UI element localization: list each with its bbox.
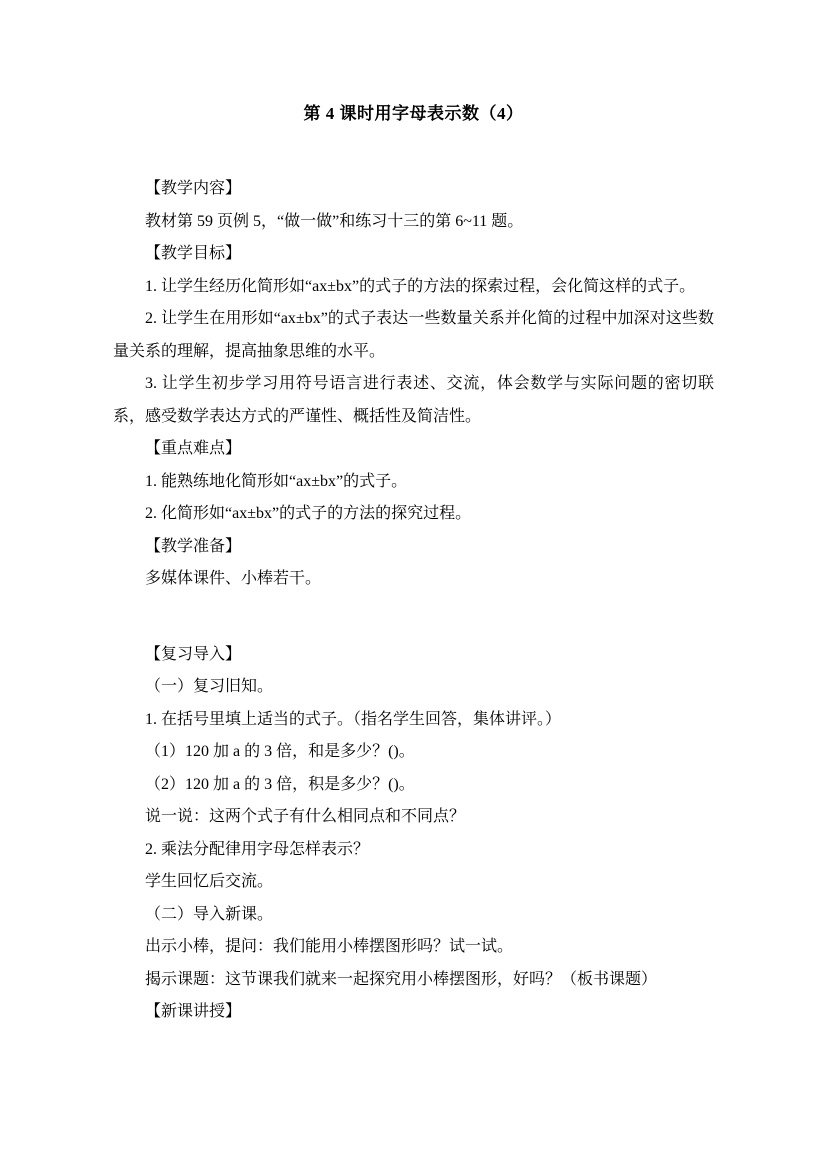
document-body: 【教学内容】 教材第 59 页例 5，“做一做”和练习十三的第 6~11 题。 …: [0, 131, 827, 1029]
para-new-lesson-intro: （二）导入新课。: [113, 899, 714, 932]
para-key-point-2: 2. 化简形如“ax±bx”的式子的方法的探究过程。: [113, 498, 714, 531]
para-key-point-1: 1. 能熟练地化简形如“ax±bx”的式子。: [113, 466, 714, 499]
para-review-distributive-law: 2. 乘法分配律用字母怎样表示？: [113, 834, 714, 867]
para-review-question-2: （2）120 加 a 的 3 倍，积是多少？()。: [113, 769, 714, 802]
heading-new-lesson-teaching: 【新课讲授】: [113, 996, 714, 1029]
para-review-old-knowledge: （一）复习旧知。: [113, 671, 714, 704]
document-page: 第 4 课时用字母表示数（4） 【教学内容】 教材第 59 页例 5，“做一做”…: [0, 0, 827, 1169]
para-reveal-topic: 揭示课题：这节课我们就来一起探究用小棒摆图形，好吗？（板书课题）: [113, 964, 714, 997]
heading-teaching-goals: 【教学目标】: [113, 238, 714, 271]
heading-review-intro: 【复习导入】: [113, 639, 714, 672]
para-review-fill-blanks: 1. 在括号里填上适当的式子。（指名学生回答，集体讲评。）: [113, 704, 714, 737]
para-review-question-1: （1）120 加 a 的 3 倍，和是多少？()。: [113, 736, 714, 769]
para-goal-1: 1. 让学生经历化简形如“ax±bx”的式子的方法的探索过程，会化简这样的式子。: [113, 271, 714, 304]
para-preparation: 多媒体课件、小棒若干。: [113, 563, 714, 596]
para-review-recall: 学生回忆后交流。: [113, 866, 714, 899]
para-teaching-content: 教材第 59 页例 5，“做一做”和练习十三的第 6~11 题。: [113, 206, 714, 239]
para-goal-3: 3. 让学生初步学习用符号语言进行表述、交流，体会数学与实际问题的密切联系，感受…: [113, 368, 714, 433]
para-goal-2: 2. 让学生在用形如“ax±bx”的式子表达一些数量关系并化简的过程中加深对这些…: [113, 303, 714, 368]
heading-teaching-content: 【教学内容】: [113, 173, 714, 206]
para-review-discuss: 说一说：这两个式子有什么相同点和不同点？: [113, 801, 714, 834]
page-title: 第 4 课时用字母表示数（4）: [0, 0, 827, 131]
heading-teaching-preparation: 【教学准备】: [113, 531, 714, 564]
heading-key-difficulties: 【重点难点】: [113, 433, 714, 466]
para-sticks-question: 出示小棒，提问：我们能用小棒摆图形吗？试一试。: [113, 931, 714, 964]
